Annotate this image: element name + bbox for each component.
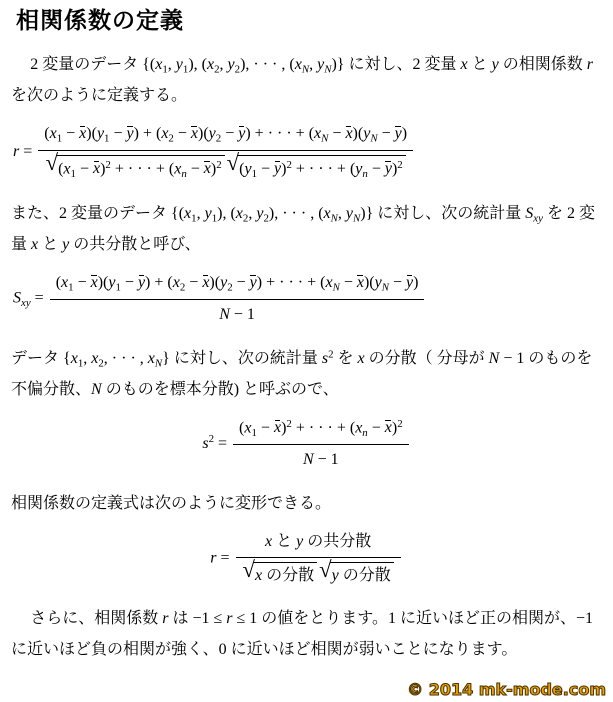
- text-run: に対し、次の統計量: [373, 205, 525, 222]
- math-variable: x: [50, 125, 57, 142]
- math-operator: ,: [309, 56, 317, 73]
- text-run: さらに、相関係数: [30, 610, 162, 627]
- text-run: と: [272, 533, 296, 550]
- math-operator: −: [185, 274, 202, 291]
- text-run: の共分散: [303, 533, 371, 550]
- text-run: の分散: [339, 567, 391, 584]
- math-operator: −: [187, 160, 204, 177]
- fraction-numerator: (x1 − x)(y1 − y) + (x2 − x)(y2 − y) + · …: [38, 122, 413, 151]
- math-subscript: N: [302, 63, 309, 75]
- math-variable-bar: x: [385, 419, 392, 436]
- math-operator: =: [31, 290, 48, 307]
- fraction-denominator: N − 1: [50, 300, 425, 327]
- math-operator: }: [162, 350, 170, 367]
- math-operator: −: [121, 274, 138, 291]
- math-variable: y: [176, 56, 183, 73]
- text-run: を: [334, 350, 358, 367]
- math-operator: =: [19, 143, 36, 160]
- square-root: √(y1 − y)2 + · · · + (yn − y)2: [227, 155, 406, 182]
- text-paragraph: 2 変量のデータ {(x1, y1), (x2, y2), · · · , (x…: [11, 50, 602, 112]
- math-operator: ,: [168, 56, 176, 73]
- math-variable-bar: y: [127, 125, 134, 142]
- math-variable-bar: x: [93, 160, 100, 177]
- math-formula: r = x と y の共分散√x の分散√y の分散: [11, 530, 602, 587]
- math-subscript: N: [331, 213, 338, 225]
- text-run: また、2 変量のデータ: [11, 205, 171, 222]
- math-variable: y: [97, 125, 104, 142]
- math-formula: s2 = (x1 − x)2 + · · · + (xn − x)2N − 1: [11, 416, 602, 472]
- text-run: に対し、2 変量: [344, 56, 460, 73]
- math-operator: )}: [331, 56, 344, 73]
- math-superscript: 2: [397, 418, 402, 430]
- math-variable-bar: y: [395, 125, 402, 142]
- math-operator: ), · · · , (: [240, 56, 295, 73]
- math-operator: −: [174, 125, 191, 142]
- math-operator: −: [368, 160, 385, 177]
- text-run: に対し、次の統計量: [170, 350, 322, 367]
- math-variable: x: [295, 56, 302, 73]
- math-operator: − 1: [499, 350, 524, 367]
- text-run: の共分散と呼び、: [69, 236, 200, 253]
- text-run: データ: [11, 350, 63, 367]
- fraction-denominator: √x の分散√y の分散: [236, 558, 401, 588]
- text-run: 相関係数の定義式は次のように変形できる。: [11, 495, 331, 512]
- math-variable: N: [489, 350, 500, 367]
- math-variable: x: [63, 160, 70, 177]
- math-variable-bar: x: [345, 125, 352, 142]
- math-variable: x: [71, 350, 78, 367]
- math-variable: N: [219, 306, 230, 323]
- math-variable-bar: y: [238, 125, 245, 142]
- math-operator: ): [413, 274, 418, 291]
- fraction: x と y の共分散√x の分散√y の分散: [236, 530, 401, 587]
- document-page: 相関係数の定義 2 変量のデータ {(x1, y1), (x2, y2), · …: [0, 0, 613, 666]
- math-operator: )(: [86, 125, 97, 142]
- math-operator: −: [257, 160, 274, 177]
- text-run: の分散: [262, 567, 314, 584]
- math-operator: {(: [142, 56, 155, 73]
- math-superscript: 2: [216, 159, 221, 171]
- math-operator: )(: [364, 274, 375, 291]
- fraction-numerator: (x1 − x)(y1 − y) + (x2 − x)(y2 − y) + · …: [50, 271, 425, 300]
- text-paragraph: データ {x1, x2, · · · , xN} に対し、次の統計量 s2 を …: [11, 344, 602, 406]
- math-operator: + · · · + (: [292, 419, 355, 436]
- text-run: のものを標本分散: [102, 381, 234, 398]
- math-operator: ) + (: [134, 125, 162, 142]
- math-operator: ), · · · , (: [269, 205, 324, 222]
- math-operator: −: [74, 274, 91, 291]
- math-operator: ,: [197, 205, 205, 222]
- fraction: (x1 − x)(y1 − y) + (x2 − x)(y2 − y) + · …: [50, 271, 425, 327]
- math-variable-bar: y: [385, 160, 392, 177]
- text-run: の分散（ 分母が: [365, 350, 489, 367]
- text-run: の相関係数: [499, 56, 587, 73]
- math-operator: + · · · + (: [292, 160, 355, 177]
- math-variable: y: [209, 125, 216, 142]
- math-operator: − 1: [230, 306, 255, 323]
- math-operator: −: [389, 274, 406, 291]
- math-variable-bar: y: [274, 160, 281, 177]
- math-subscript: N: [333, 282, 340, 294]
- math-operator: −: [221, 125, 238, 142]
- math-variable: x: [324, 205, 331, 222]
- math-variable: y: [375, 274, 382, 291]
- math-operator: −: [368, 419, 385, 436]
- math-formula: r = (x1 − x)(y1 − y) + (x2 − x)(y2 − y) …: [11, 122, 602, 183]
- math-operator: −: [328, 125, 345, 142]
- math-variable: y: [228, 56, 235, 73]
- math-variable-bar: x: [357, 274, 364, 291]
- math-variable-bar: x: [191, 125, 198, 142]
- math-operator: )}: [360, 205, 373, 222]
- math-operator: ) + (: [145, 274, 173, 291]
- math-operator: −: [378, 125, 395, 142]
- math-variable-bar: y: [406, 274, 413, 291]
- math-operator: + · · · + (: [111, 160, 174, 177]
- math-operator: )(: [353, 125, 364, 142]
- math-variable-bar: y: [250, 274, 257, 291]
- math-variable-bar: x: [79, 125, 86, 142]
- text-paragraph: さらに、相関係数 r は −1 ≤ r ≤ 1 の値をとります。1 に近いほど正…: [11, 604, 602, 666]
- fraction: (x1 − x)(y1 − y) + (x2 − x)(y2 − y) + · …: [38, 122, 413, 183]
- math-subscript: N: [382, 282, 389, 294]
- math-variable: x: [325, 274, 332, 291]
- math-variable-bar: x: [91, 274, 98, 291]
- text-run: と: [468, 56, 492, 73]
- math-operator: ), (: [217, 205, 236, 222]
- math-variable-bar: x: [202, 274, 209, 291]
- page-title: 相関係数の定義: [16, 6, 602, 35]
- math-operator: )(: [98, 274, 109, 291]
- math-operator: , · · · ,: [104, 350, 148, 367]
- square-root: √y の分散: [319, 562, 394, 587]
- math-operator: −: [340, 274, 357, 291]
- math-variable: x: [236, 205, 243, 222]
- math-operator: )(: [198, 125, 209, 142]
- radicand: (x1 − x)2 + · · · + (xn − x)2: [56, 155, 225, 182]
- fraction: (x1 − x)2 + · · · + (xn − x)2N − 1: [233, 416, 409, 472]
- fraction-denominator: N − 1: [233, 445, 409, 472]
- fraction-numerator: x と y の共分散: [236, 530, 401, 558]
- square-root: √x の分散: [243, 562, 318, 587]
- math-subscript: xy: [21, 297, 31, 309]
- math-operator: ) + · · · + (: [245, 125, 314, 142]
- math-variable: y: [332, 567, 339, 584]
- fraction-denominator: √(x1 − x)2 + · · · + (xn − x)2√(y1 − y)2…: [38, 151, 413, 183]
- radicand: x の分散: [253, 562, 317, 587]
- copyright-watermark: © 2014 mk-mode.com: [407, 680, 606, 699]
- text-run: を次のように定義する。: [11, 87, 187, 104]
- document-body: 2 変量のデータ {(x1, y1), (x2, y2), · · · , (x…: [11, 50, 602, 666]
- text-run: と: [38, 236, 62, 253]
- math-operator: −: [257, 419, 274, 436]
- radicand: (y1 − y)2 + · · · + (yn − y)2: [237, 155, 406, 182]
- math-variable: x: [207, 56, 214, 73]
- text-paragraph: また、2 変量のデータ {(x1, y1), (x2, y2), · · · ,…: [11, 199, 602, 261]
- math-variable: y: [244, 160, 251, 177]
- math-subscript: xy: [533, 213, 543, 225]
- math-variable: x: [358, 350, 365, 367]
- text-run: 2 変量のデータ: [30, 56, 142, 73]
- math-variable: N: [91, 381, 102, 398]
- math-operator: −: [76, 160, 93, 177]
- math-variable: y: [492, 56, 499, 73]
- math-operator: )(: [209, 274, 220, 291]
- math-operator: −1 ≤: [192, 610, 226, 627]
- math-variable: x: [148, 350, 155, 367]
- text-run: は: [168, 610, 192, 627]
- math-superscript: 2: [397, 159, 402, 171]
- math-operator: −: [233, 274, 250, 291]
- math-variable: x: [460, 56, 467, 73]
- fraction-numerator: (x1 − x)2 + · · · + (xn − x)2: [233, 416, 409, 446]
- math-operator: −: [62, 125, 79, 142]
- math-operator: {(: [171, 205, 184, 222]
- math-operator: ,: [338, 205, 346, 222]
- math-operator: ): [402, 125, 407, 142]
- math-operator: =: [214, 435, 231, 452]
- math-operator: − 1: [314, 451, 339, 468]
- math-formula: Sxy = (x1 − x)(y1 − y) + (x2 − x)(y2 − y…: [11, 271, 602, 327]
- math-variable-bar: x: [204, 160, 211, 177]
- math-operator: ≤ 1: [233, 610, 258, 627]
- math-variable-bar: x: [274, 419, 281, 436]
- math-subscript: N: [370, 132, 377, 144]
- math-variable-bar: y: [138, 274, 145, 291]
- math-variable: y: [346, 205, 353, 222]
- math-variable: S: [13, 290, 21, 307]
- math-variable: r: [587, 56, 593, 73]
- math-operator: ) + · · · + (: [257, 274, 326, 291]
- math-operator: =: [217, 549, 234, 566]
- math-variable: y: [205, 205, 212, 222]
- math-variable: N: [303, 451, 314, 468]
- math-operator: {: [63, 350, 71, 367]
- square-root: √(x1 − x)2 + · · · + (xn − x)2: [46, 155, 225, 182]
- text-run: と呼ぶので、: [239, 381, 339, 398]
- math-operator: ), (: [188, 56, 207, 73]
- math-operator: −: [109, 125, 126, 142]
- math-variable: x: [173, 274, 180, 291]
- radicand: y の分散: [330, 562, 394, 587]
- text-paragraph: 相関係数の定義式は次のように変形できる。: [11, 489, 602, 520]
- math-operator: ,: [220, 56, 228, 73]
